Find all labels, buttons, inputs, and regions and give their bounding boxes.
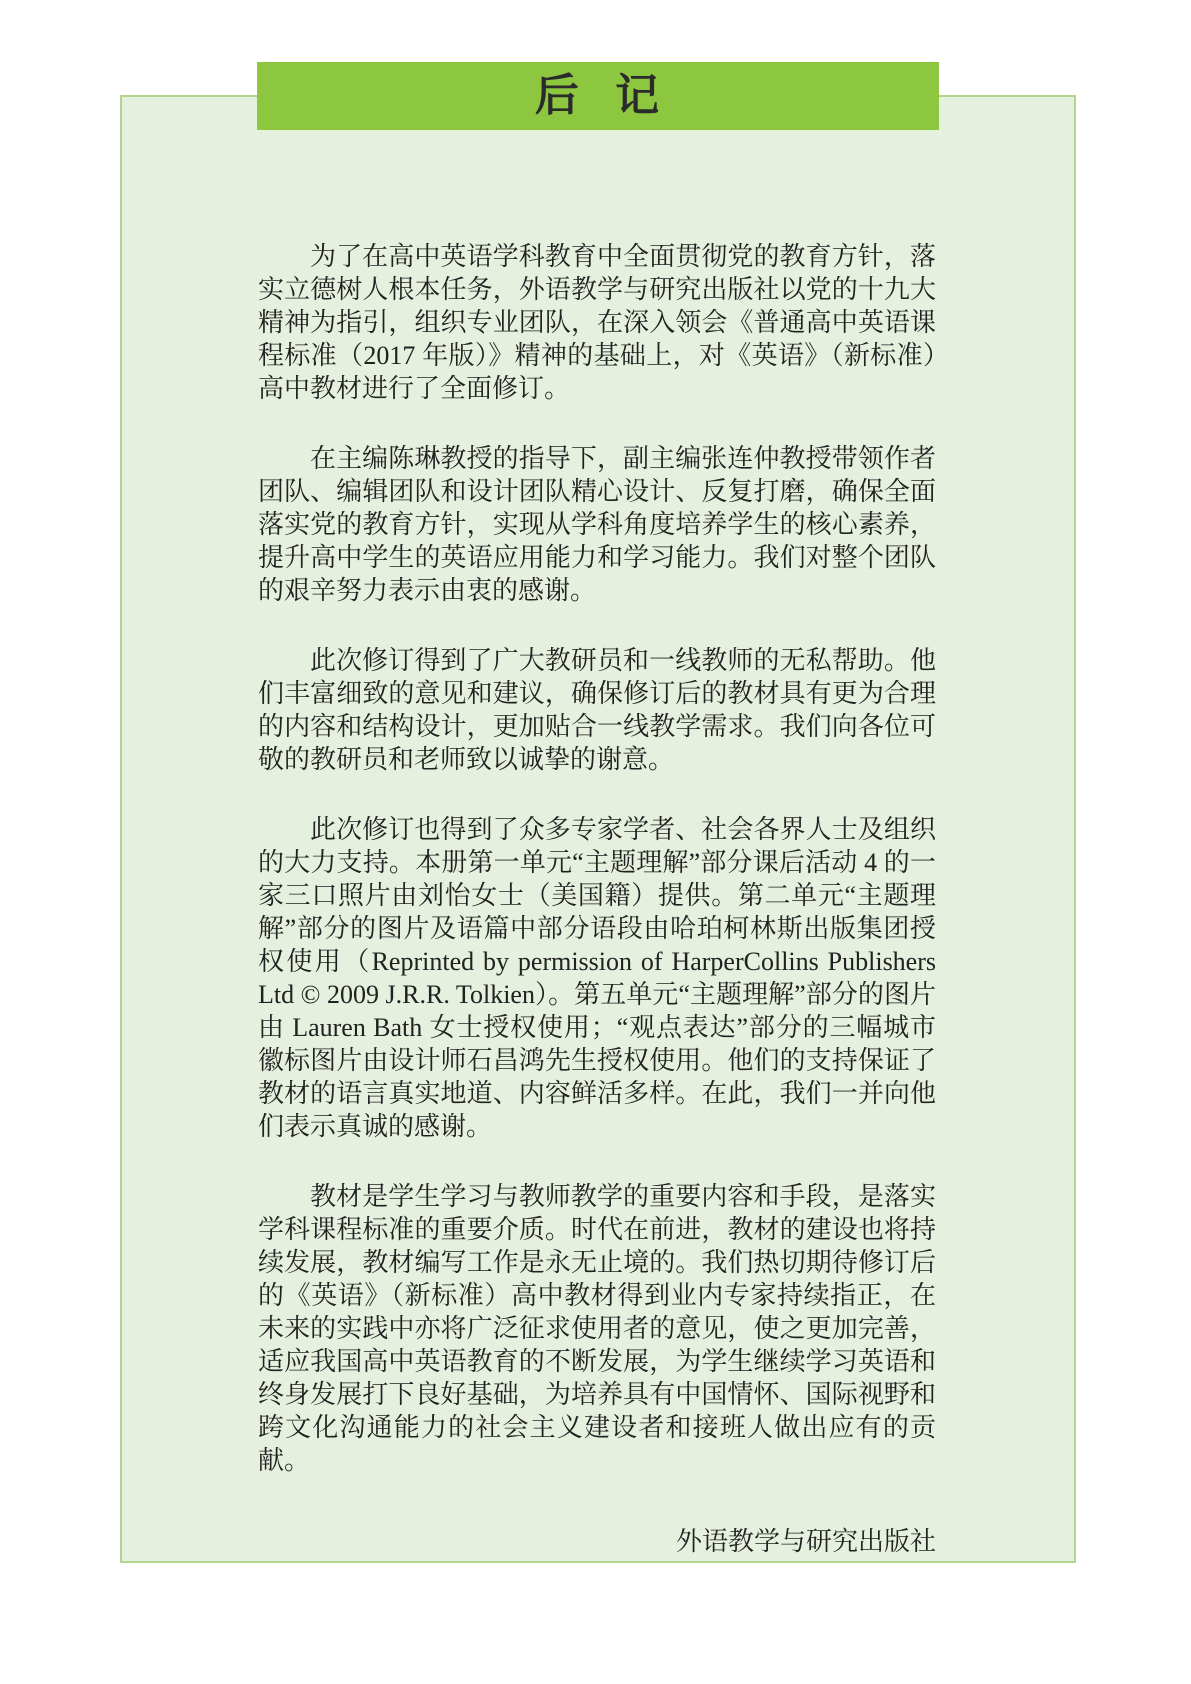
body-paragraph: 此次修订得到了广大教研员和一线教师的无私帮助。他们丰富细致的意见和建议，确保修订… (258, 644, 936, 776)
body-paragraph: 为了在高中英语学科教育中全面贯彻党的教育方针，落实立德树人根本任务，外语教学与研… (258, 240, 936, 405)
publisher-signature: 外语教学与研究出版社 (258, 1525, 936, 1558)
page-title: 后 记 (535, 74, 661, 118)
body-paragraph: 教材是学生学习与教师教学的重要内容和手段，是落实学科课程标准的重要介质。时代在前… (258, 1180, 936, 1477)
body-paragraph: 在主编陈琳教授的指导下，副主编张连仲教授带领作者团队、编辑团队和设计团队精心设计… (258, 442, 936, 607)
body-paragraph: 此次修订也得到了众多专家学者、社会各界人士及组织的大力支持。本册第一单元“主题理… (258, 813, 936, 1143)
body-text: 为了在高中英语学科教育中全面贯彻党的教育方针，落实立德树人根本任务，外语教学与研… (258, 240, 936, 1595)
afterword-banner: 后 记 (257, 62, 939, 130)
